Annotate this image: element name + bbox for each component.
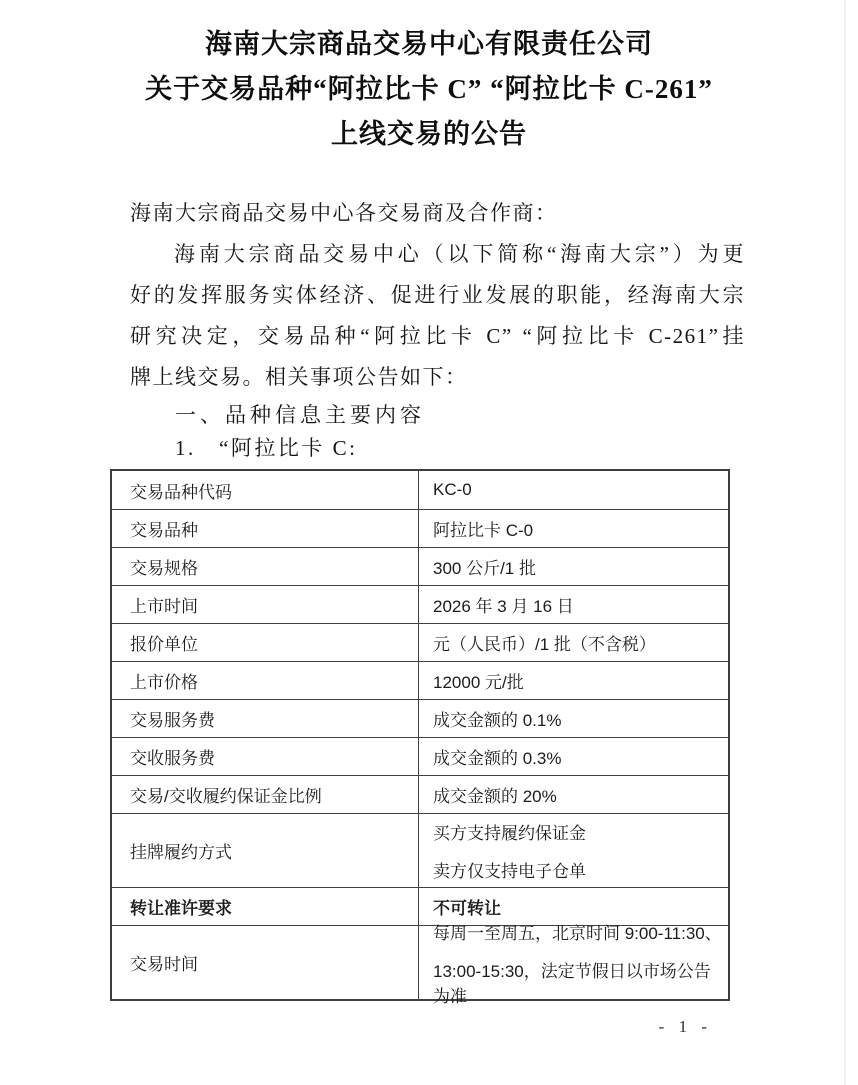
table-row: 交易服务费 成交金额的 0.1% (112, 699, 728, 737)
paragraph-line: 牌上线交易。相关事项公告如下： (130, 357, 745, 398)
row-value: 元（人民币）/1 批（不含税） (419, 624, 728, 661)
table-row: 交易规格 300 公斤/1 批 (112, 547, 728, 585)
row-value: 成交金额的 20% (419, 776, 728, 813)
document-title-line-3: 上线交易的公告 (0, 112, 858, 157)
row-label: 交易品种 (112, 510, 419, 547)
table-row: 交收服务费 成交金额的 0.3% (112, 737, 728, 775)
announcement-body: 海南大宗商品交易中心各交易商及合作商： 海南大宗商品交易中心（以下简称“海南大宗… (130, 193, 745, 464)
table-row: 交易品种代码 KC-0 (112, 471, 728, 509)
table-row: 交易/交收履约保证金比例 成交金额的 20% (112, 775, 728, 813)
table-row: 挂牌履约方式 买方支持履约保证金 卖方仅支持电子仓单 (112, 813, 728, 887)
paragraph-line: 海南大宗商品交易中心（以下简称“海南大宗”）为更 (130, 234, 745, 275)
row-value: 每周一至周五，北京时间 9:00-11:30、 13:00-15:30，法定节假… (419, 926, 728, 999)
paragraph-line: 好的发挥服务实体经济、促进行业发展的职能，经海南大宗 (130, 275, 745, 316)
table-row: 报价单位 元（人民币）/1 批（不含税） (112, 623, 728, 661)
product-info-table: 交易品种代码 KC-0 交易品种 阿拉比卡 C-0 交易规格 300 公斤/1 … (110, 469, 730, 1001)
page-number: - 1 - (0, 1017, 858, 1037)
document-title-line-1: 海南大宗商品交易中心有限责任公司 (0, 22, 858, 67)
item-heading: 1. “阿拉比卡 C: (130, 433, 745, 464)
row-label: 交易/交收履约保证金比例 (112, 776, 419, 813)
greeting-line: 海南大宗商品交易中心各交易商及合作商： (130, 193, 745, 234)
row-label: 转让准许要求 (112, 888, 419, 925)
section-heading: 一、品种信息主要内容 (130, 398, 745, 433)
row-value-line: 每周一至周五，北京时间 9:00-11:30、 (433, 919, 722, 944)
scan-artifact-line (844, 0, 846, 1085)
row-value: 成交金额的 0.3% (419, 738, 728, 775)
row-label: 上市时间 (112, 586, 419, 623)
row-value: 买方支持履约保证金 卖方仅支持电子仓单 (419, 814, 728, 887)
row-label: 交易服务费 (112, 700, 419, 737)
table-row: 上市时间 2026 年 3 月 16 日 (112, 585, 728, 623)
row-value-line: 卖方仅支持电子仓单 (433, 857, 586, 882)
row-label: 挂牌履约方式 (112, 814, 419, 887)
row-label: 交收服务费 (112, 738, 419, 775)
row-value: 300 公斤/1 批 (419, 548, 728, 585)
row-value: 2026 年 3 月 16 日 (419, 586, 728, 623)
document-page: 海南大宗商品交易中心有限责任公司 关于交易品种“阿拉比卡 C” “阿拉比卡 C-… (0, 0, 858, 1085)
row-value-line: 买方支持履约保证金 (433, 819, 586, 844)
table-row: 交易品种 阿拉比卡 C-0 (112, 509, 728, 547)
document-title-line-2: 关于交易品种“阿拉比卡 C” “阿拉比卡 C-261” (0, 67, 858, 112)
table-row: 交易时间 每周一至周五，北京时间 9:00-11:30、 13:00-15:30… (112, 925, 728, 999)
row-value: 12000 元/批 (419, 662, 728, 699)
row-value: KC-0 (419, 471, 728, 509)
table-row: 上市价格 12000 元/批 (112, 661, 728, 699)
row-label: 交易规格 (112, 548, 419, 585)
row-label: 交易品种代码 (112, 471, 419, 509)
row-label: 上市价格 (112, 662, 419, 699)
document-title: 海南大宗商品交易中心有限责任公司 关于交易品种“阿拉比卡 C” “阿拉比卡 C-… (0, 0, 858, 157)
paragraph-line: 研究决定，交易品种“阿拉比卡 C” “阿拉比卡 C-261”挂 (130, 316, 745, 357)
row-label: 交易时间 (112, 926, 419, 999)
row-label: 报价单位 (112, 624, 419, 661)
row-value: 成交金额的 0.1% (419, 700, 728, 737)
row-value-line: 13:00-15:30，法定节假日以市场公告为准 (433, 957, 722, 1007)
row-value: 阿拉比卡 C-0 (419, 510, 728, 547)
